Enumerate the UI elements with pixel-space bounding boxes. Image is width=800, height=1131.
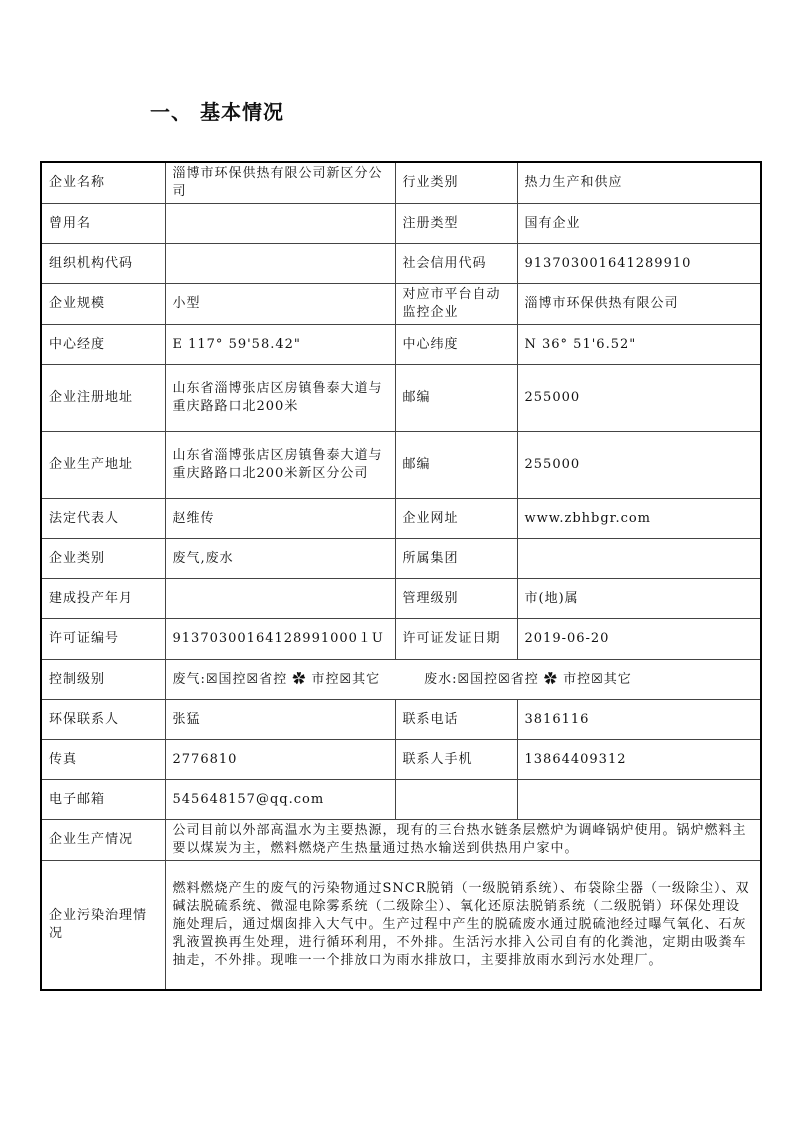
production-situation: 公司目前以外部高温水为主要热源，现有的三台热水链条层燃炉为调峰锅炉使用。锅炉燃料…	[165, 820, 761, 861]
registration-type: 国有企业	[517, 204, 761, 244]
field-label: 邮编	[395, 365, 517, 432]
monitoring-company: 淄博市环保供热有限公司	[517, 284, 761, 325]
fax: 2776810	[165, 740, 395, 780]
center-latitude: N 36° 51'6.52"	[517, 325, 761, 365]
group	[517, 539, 761, 579]
field-label: 环保联系人	[41, 700, 165, 740]
field-label: 企业名称	[41, 162, 165, 204]
env-contact: 张猛	[165, 700, 395, 740]
table-row: 建成投产年月 管理级别 市(地)属	[41, 579, 761, 619]
postcode: 255000	[517, 365, 761, 432]
field-label: 行业类别	[395, 162, 517, 204]
field-label: 曾用名	[41, 204, 165, 244]
contact-phone: 3816116	[517, 700, 761, 740]
field-label: 注册类型	[395, 204, 517, 244]
email: 545648157@qq.com	[165, 780, 395, 820]
field-label: 联系电话	[395, 700, 517, 740]
table-row: 传真 2776810 联系人手机 13864409312	[41, 740, 761, 780]
field-label: 建成投产年月	[41, 579, 165, 619]
field-label: 企业网址	[395, 499, 517, 539]
table-row: 电子邮箱 545648157@qq.com	[41, 780, 761, 820]
table-row: 企业类别 废气,废水 所属集团	[41, 539, 761, 579]
center-longitude: E 117° 59'58.42"	[165, 325, 395, 365]
table-row: 许可证编号 91370300164128991000１U 许可证发证日期 201…	[41, 619, 761, 660]
table-row: 企业规模 小型 对应市平台自动监控企业 淄博市环保供热有限公司	[41, 284, 761, 325]
table-row: 法定代表人 赵维传 企业网址 www.zbhbgr.com	[41, 499, 761, 539]
water-control-level: 废水:☒国控☒省控 ✿ 市控☒其它	[424, 672, 632, 687]
org-code	[165, 244, 395, 284]
table-row: 曾用名 注册类型 国有企业	[41, 204, 761, 244]
field-label: 许可证发证日期	[395, 619, 517, 660]
company-website: www.zbhbgr.com	[517, 499, 761, 539]
empty-value	[517, 780, 761, 820]
legal-representative: 赵维传	[165, 499, 395, 539]
field-label: 企业类别	[41, 539, 165, 579]
field-label: 中心经度	[41, 325, 165, 365]
gas-control-level: 废气:☒国控☒省控 ✿ 市控☒其它	[173, 672, 381, 687]
permit-issue-date: 2019-06-20	[517, 619, 761, 660]
industry-category: 热力生产和供应	[517, 162, 761, 204]
table-row: 企业生产地址 山东省淄博张店区房镇鲁泰大道与重庆路路口北200米新区分公司 邮编…	[41, 432, 761, 499]
field-label: 控制级别	[41, 660, 165, 700]
field-label: 企业规模	[41, 284, 165, 325]
postcode: 255000	[517, 432, 761, 499]
basic-info-table: 企业名称 淄博市环保供热有限公司新区分公司 行业类别 热力生产和供应 曾用名 注…	[40, 161, 762, 991]
field-label: 对应市平台自动监控企业	[395, 284, 517, 325]
field-label: 传真	[41, 740, 165, 780]
section-title: 一、 基本情况	[150, 96, 284, 125]
table-row: 企业注册地址 山东省淄博张店区房镇鲁泰大道与重庆路路口北200米 邮编 2550…	[41, 365, 761, 432]
management-level: 市(地)属	[517, 579, 761, 619]
company-category: 废气,废水	[165, 539, 395, 579]
field-label: 法定代表人	[41, 499, 165, 539]
operation-date	[165, 579, 395, 619]
field-label: 电子邮箱	[41, 780, 165, 820]
field-label: 邮编	[395, 432, 517, 499]
table-row: 企业污染治理情况 燃料燃烧产生的废气的污染物通过SNCR脱销（一级脱销系统）、布…	[41, 861, 761, 991]
company-scale: 小型	[165, 284, 395, 325]
table-row: 中心经度 E 117° 59'58.42" 中心纬度 N 36° 51'6.52…	[41, 325, 761, 365]
field-label: 联系人手机	[395, 740, 517, 780]
credit-code: 913703001641289910	[517, 244, 761, 284]
table-row: 环保联系人 张猛 联系电话 3816116	[41, 700, 761, 740]
former-name	[165, 204, 395, 244]
pollution-treatment: 燃料燃烧产生的废气的污染物通过SNCR脱销（一级脱销系统）、布袋除尘器（一级除尘…	[165, 861, 761, 991]
registered-address: 山东省淄博张店区房镇鲁泰大道与重庆路路口北200米	[165, 365, 395, 432]
company-name: 淄博市环保供热有限公司新区分公司	[165, 162, 395, 204]
field-label: 企业生产情况	[41, 820, 165, 861]
table-row: 控制级别 废气:☒国控☒省控 ✿ 市控☒其它废水:☒国控☒省控 ✿ 市控☒其它	[41, 660, 761, 700]
control-level-value: 废气:☒国控☒省控 ✿ 市控☒其它废水:☒国控☒省控 ✿ 市控☒其它	[165, 660, 761, 700]
field-label: 管理级别	[395, 579, 517, 619]
field-label: 所属集团	[395, 539, 517, 579]
table-row: 企业生产情况 公司目前以外部高温水为主要热源，现有的三台热水链条层燃炉为调峰锅炉…	[41, 820, 761, 861]
field-label: 社会信用代码	[395, 244, 517, 284]
field-label: 组织机构代码	[41, 244, 165, 284]
empty-label	[395, 780, 517, 820]
field-label: 企业注册地址	[41, 365, 165, 432]
field-label: 中心纬度	[395, 325, 517, 365]
field-label: 企业生产地址	[41, 432, 165, 499]
production-address: 山东省淄博张店区房镇鲁泰大道与重庆路路口北200米新区分公司	[165, 432, 395, 499]
table-row: 组织机构代码 社会信用代码 913703001641289910	[41, 244, 761, 284]
permit-number: 91370300164128991000１U	[165, 619, 395, 660]
field-label: 企业污染治理情况	[41, 861, 165, 991]
field-label: 许可证编号	[41, 619, 165, 660]
table-row: 企业名称 淄博市环保供热有限公司新区分公司 行业类别 热力生产和供应	[41, 162, 761, 204]
contact-mobile: 13864409312	[517, 740, 761, 780]
